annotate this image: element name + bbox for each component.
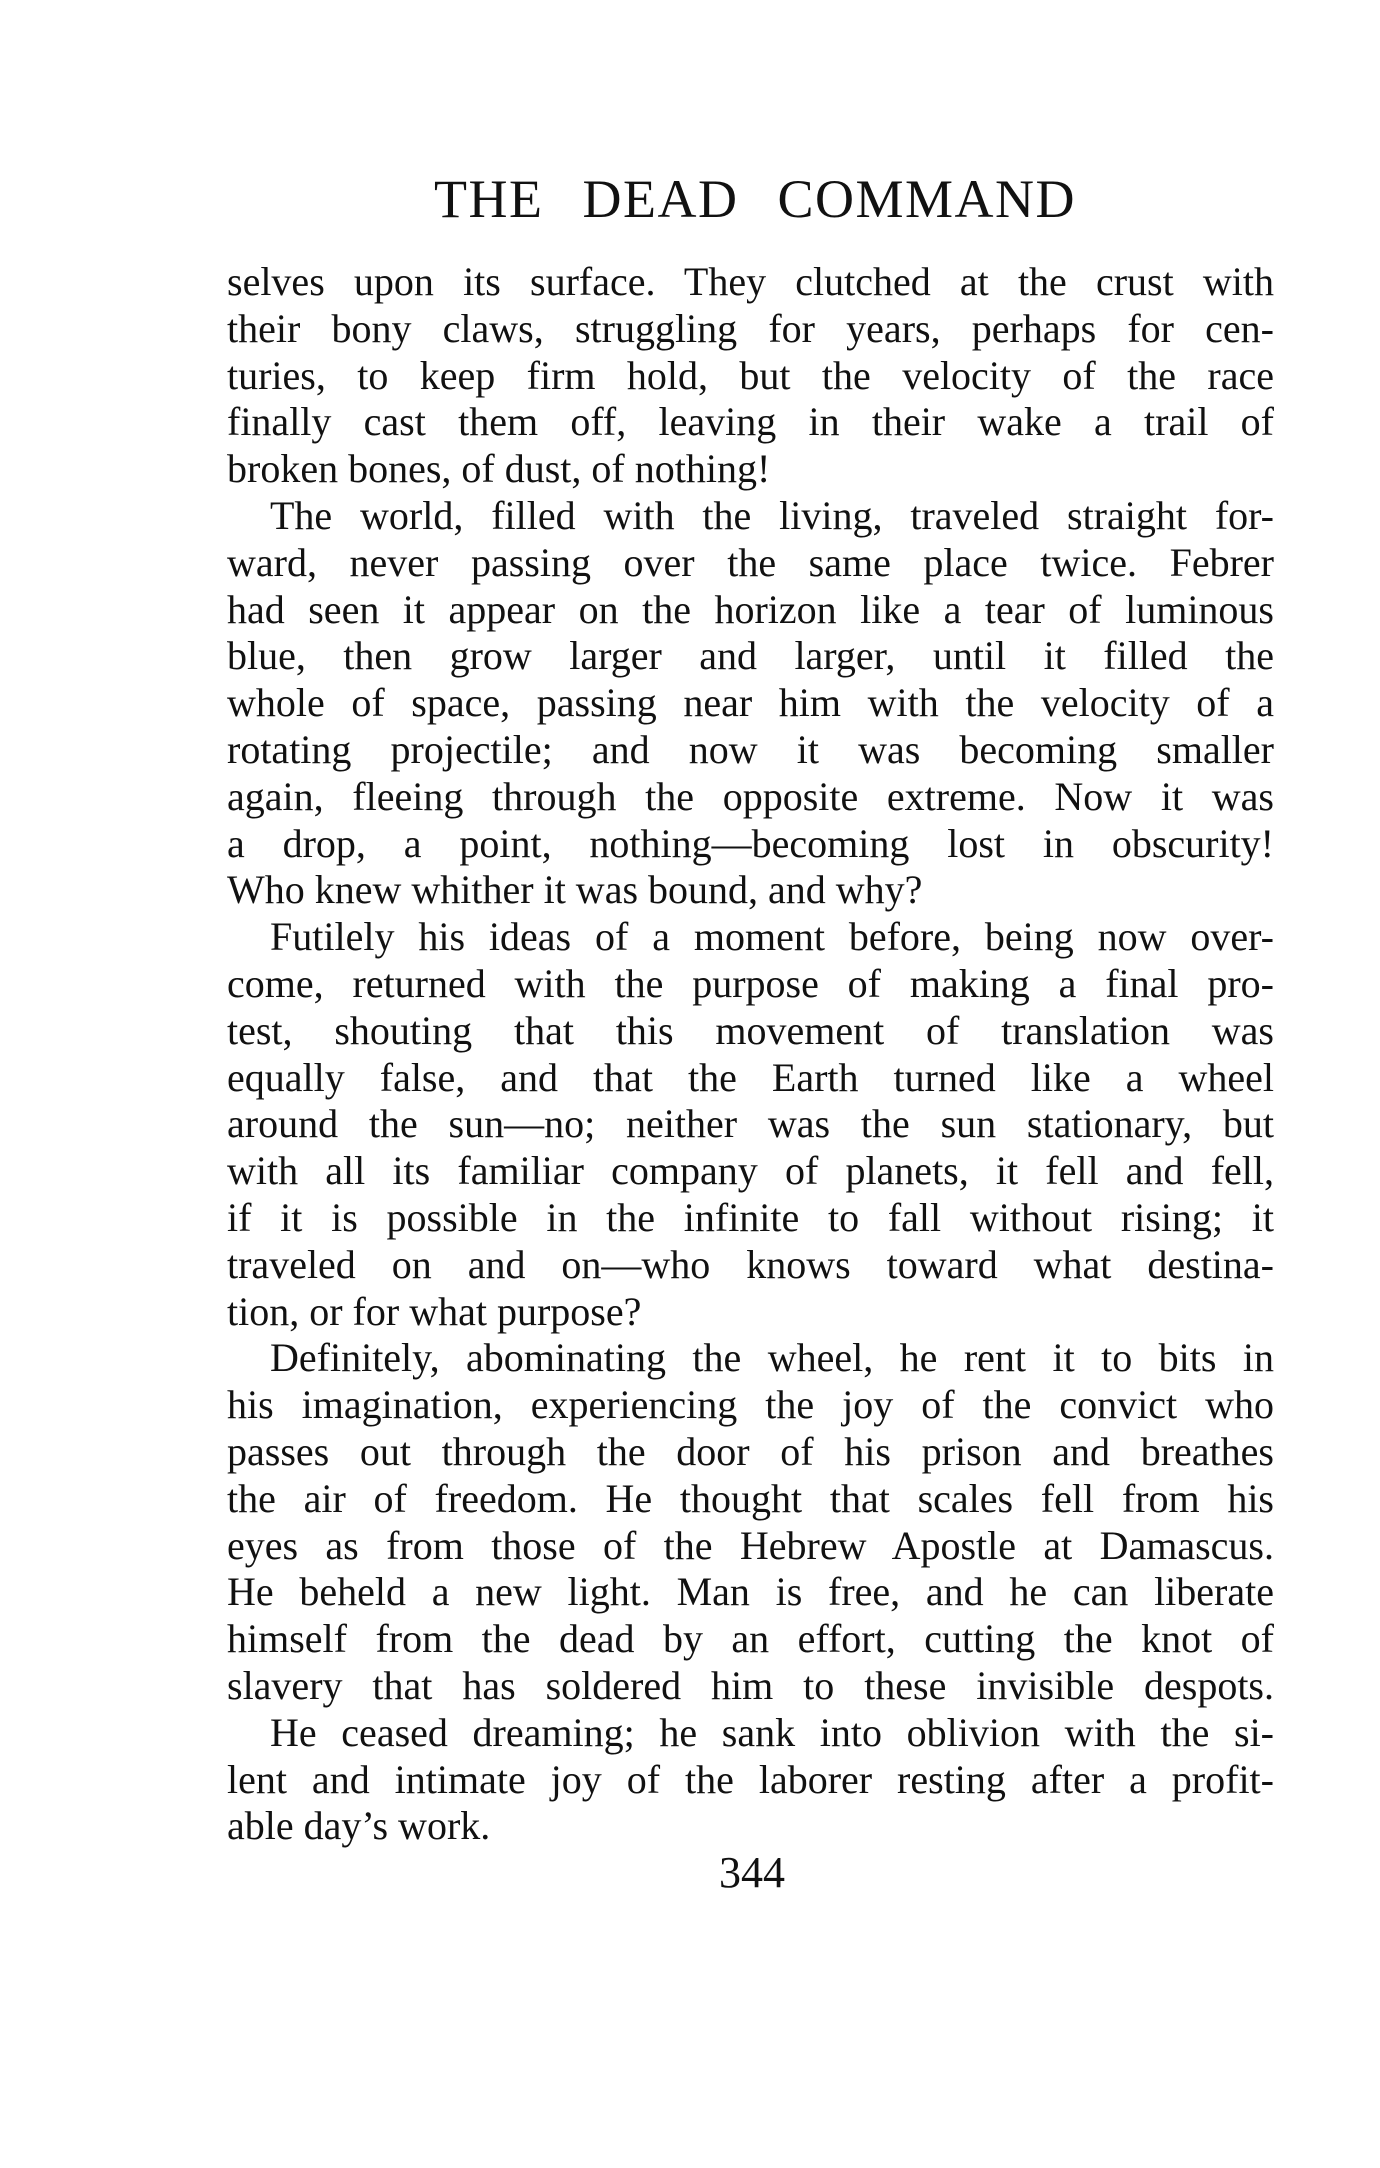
body-text: selves upon its surface. They clutched a…	[227, 259, 1274, 1850]
text-line: slavery that has soldered him to these i…	[227, 1663, 1274, 1710]
text-line: turies, to keep firm hold, but the veloc…	[227, 353, 1274, 400]
text-line: traveled on and on—who knows toward what…	[227, 1242, 1274, 1289]
text-line: blue, then grow larger and larger, until…	[227, 633, 1274, 680]
text-line: ward, never passing over the same place …	[227, 540, 1274, 587]
text-line: passes out through the door of his priso…	[227, 1429, 1274, 1476]
text-line: test, shouting that this movement of tra…	[227, 1008, 1274, 1055]
text-line: his imagination, experiencing the joy of…	[227, 1382, 1274, 1429]
text-line: broken bones, of dust, of nothing!	[227, 446, 1274, 493]
text-line: The world, filled with the living, trave…	[227, 493, 1274, 540]
text-line: Who knew whither it was bound, and why?	[227, 867, 1274, 914]
text-line: Futilely his ideas of a moment before, b…	[227, 914, 1274, 961]
text-line: again, fleeing through the opposite extr…	[227, 774, 1274, 821]
text-line: eyes as from those of the Hebrew Apostle…	[227, 1523, 1274, 1570]
text-line: lent and intimate joy of the laborer res…	[227, 1757, 1274, 1804]
text-line: a drop, a point, nothing—becoming lost i…	[227, 821, 1274, 868]
text-line: the air of freedom. He thought that scal…	[227, 1476, 1274, 1523]
book-page: THE DEAD COMMAND selves upon its surface…	[0, 0, 1380, 2168]
text-line: Definitely, abominating the wheel, he re…	[227, 1335, 1274, 1382]
text-line: had seen it appear on the horizon like a…	[227, 587, 1274, 634]
running-title: THE DEAD COMMAND	[434, 169, 1076, 229]
text-line: whole of space, passing near him with th…	[227, 680, 1274, 727]
text-line: He ceased dreaming; he sank into oblivio…	[227, 1710, 1274, 1757]
text-line: himself from the dead by an effort, cutt…	[227, 1616, 1274, 1663]
text-line: He beheld a new light. Man is free, and …	[227, 1569, 1274, 1616]
text-line: around the sun—no; neither was the sun s…	[227, 1101, 1274, 1148]
page-number: 344	[700, 1848, 804, 1898]
text-line: equally false, and that the Earth turned…	[227, 1055, 1274, 1102]
text-line: finally cast them off, leaving in their …	[227, 399, 1274, 446]
text-line: come, returned with the purpose of makin…	[227, 961, 1274, 1008]
text-line: selves upon its surface. They clutched a…	[227, 259, 1274, 306]
text-line: tion, or for what purpose?	[227, 1289, 1274, 1336]
text-line: rotating projectile; and now it was beco…	[227, 727, 1274, 774]
text-line: if it is possible in the infinite to fal…	[227, 1195, 1274, 1242]
text-line: their bony claws, struggling for years, …	[227, 306, 1274, 353]
text-line: with all its familiar company of planets…	[227, 1148, 1274, 1195]
text-line: able day’s work.	[227, 1803, 1274, 1850]
